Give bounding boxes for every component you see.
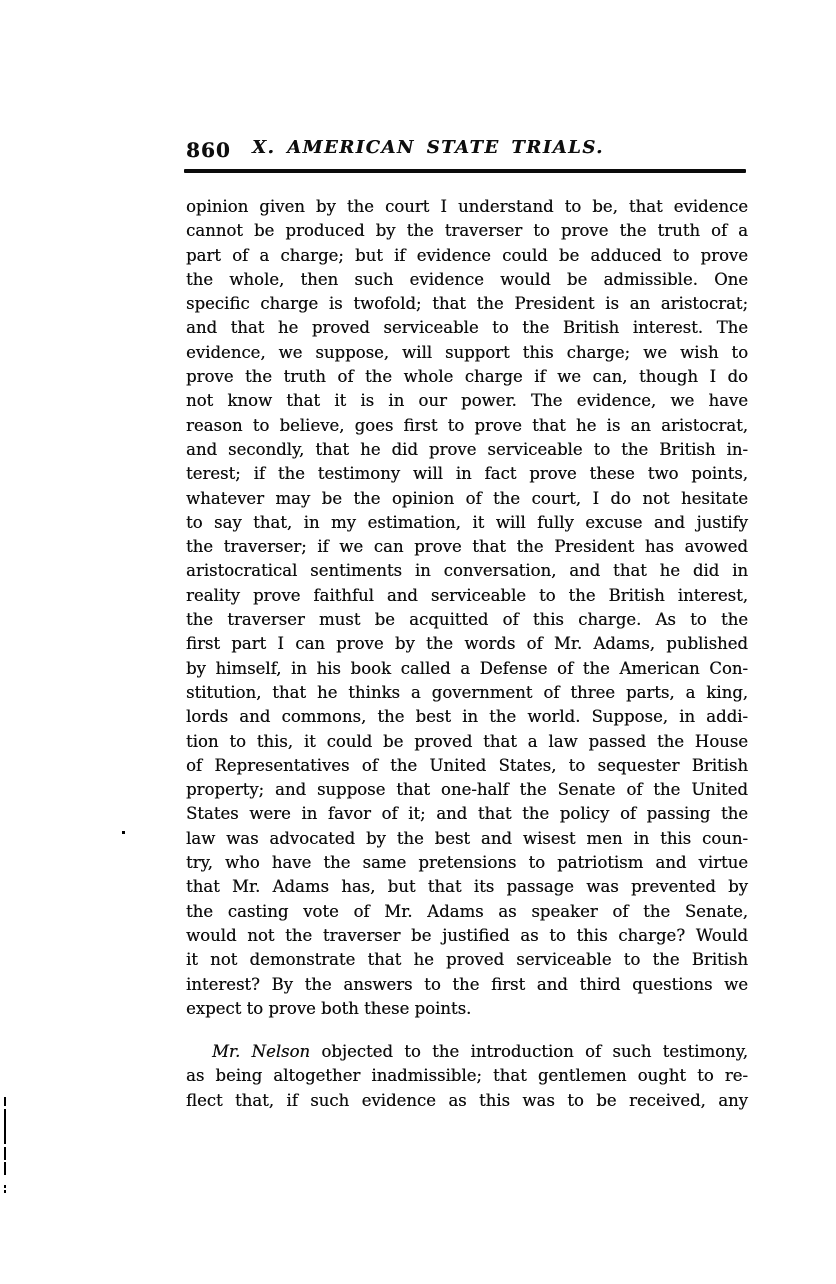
book-page: 860 X. AMERICAN STATE TRIALS. opinion gi… — [0, 0, 836, 1284]
text-line: flect that, if such evidence as this was… — [186, 1089, 748, 1113]
text-line: the traverser; if we can prove that the … — [186, 535, 748, 559]
scan-artifact — [4, 1185, 6, 1188]
text-line: expect to prove both these points. — [186, 997, 748, 1021]
speaker-name: Mr. Nelson — [212, 1042, 310, 1061]
text-line: part of a charge; but if evidence could … — [186, 244, 748, 268]
text-line: to say that, in my estimation, it will f… — [186, 511, 748, 535]
text-line: the whole, then such evidence would be a… — [186, 268, 748, 292]
text-line: law was advocated by the best and wisest… — [186, 827, 748, 851]
text-line: that Mr. Adams has, but that its passage… — [186, 875, 748, 899]
scan-artifact — [4, 1190, 6, 1193]
text-line: terest; if the testimony will in fact pr… — [186, 462, 748, 486]
paragraph-2-lines: as being altogether inadmissible; that g… — [186, 1064, 748, 1113]
text-line: not know that it is in our power. The ev… — [186, 389, 748, 413]
scan-artifact — [4, 1097, 6, 1106]
text-line: by himself, in his book called a Defense… — [186, 657, 748, 681]
running-title: X. AMERICAN STATE TRIALS. — [186, 137, 748, 158]
text-line: and secondly, that he did prove servicea… — [186, 438, 748, 462]
text-line: the traverser must be acquitted of this … — [186, 608, 748, 632]
text-line: it not demonstrate that he proved servic… — [186, 948, 748, 972]
text-line: States were in favor of it; and that the… — [186, 802, 748, 826]
text-line: interest? By the answers to the first an… — [186, 973, 748, 997]
text-line: aristocratical sentiments in conversatio… — [186, 559, 748, 583]
text-line: as being altogether inadmissible; that g… — [186, 1064, 748, 1088]
text-line: the casting vote of Mr. Adams as speaker… — [186, 900, 748, 924]
paragraph-1: opinion given by the court I understand … — [186, 195, 748, 1021]
page-body: opinion given by the court I understand … — [186, 195, 748, 1113]
text-line: prove the truth of the whole charge if w… — [186, 365, 748, 389]
text-line: try, who have the same pretensions to pa… — [186, 851, 748, 875]
text-line: property; and suppose that one-half the … — [186, 778, 748, 802]
page-number: 860 — [186, 138, 231, 162]
scan-artifact — [4, 1147, 6, 1160]
text-line: first part I can prove by the words of M… — [186, 632, 748, 656]
text-line: would not the traverser be justified as … — [186, 924, 748, 948]
text-span: objected to the introduction of such tes… — [321, 1042, 748, 1061]
scan-artifact — [122, 831, 125, 834]
text-line: of Representatives of the United States,… — [186, 754, 748, 778]
scan-artifact — [4, 1162, 6, 1175]
header-rule — [184, 169, 746, 173]
text-line: cannot be produced by the traverser to p… — [186, 219, 748, 243]
text-line: reason to believe, goes first to prove t… — [186, 414, 748, 438]
scan-artifact — [4, 1109, 6, 1144]
running-head: 860 X. AMERICAN STATE TRIALS. — [186, 137, 748, 167]
text-line: stitution, that he thinks a government o… — [186, 681, 748, 705]
text-line: specific charge is twofold; that the Pre… — [186, 292, 748, 316]
text-line: Mr. Nelson objected to the introduction … — [186, 1040, 748, 1064]
text-line: reality prove faithful and serviceable t… — [186, 584, 748, 608]
text-line: evidence, we suppose, will support this … — [186, 341, 748, 365]
text-line: tion to this, it could be proved that a … — [186, 730, 748, 754]
text-line: opinion given by the court I understand … — [186, 195, 748, 219]
text-line: and that he proved serviceable to the Br… — [186, 316, 748, 340]
paragraph-1-lines: opinion given by the court I understand … — [186, 195, 748, 997]
text-line: whatever may be the opinion of the court… — [186, 487, 748, 511]
text-line: lords and commons, the best in the world… — [186, 705, 748, 729]
paragraph-2: Mr. Nelson objected to the introduction … — [186, 1040, 748, 1113]
